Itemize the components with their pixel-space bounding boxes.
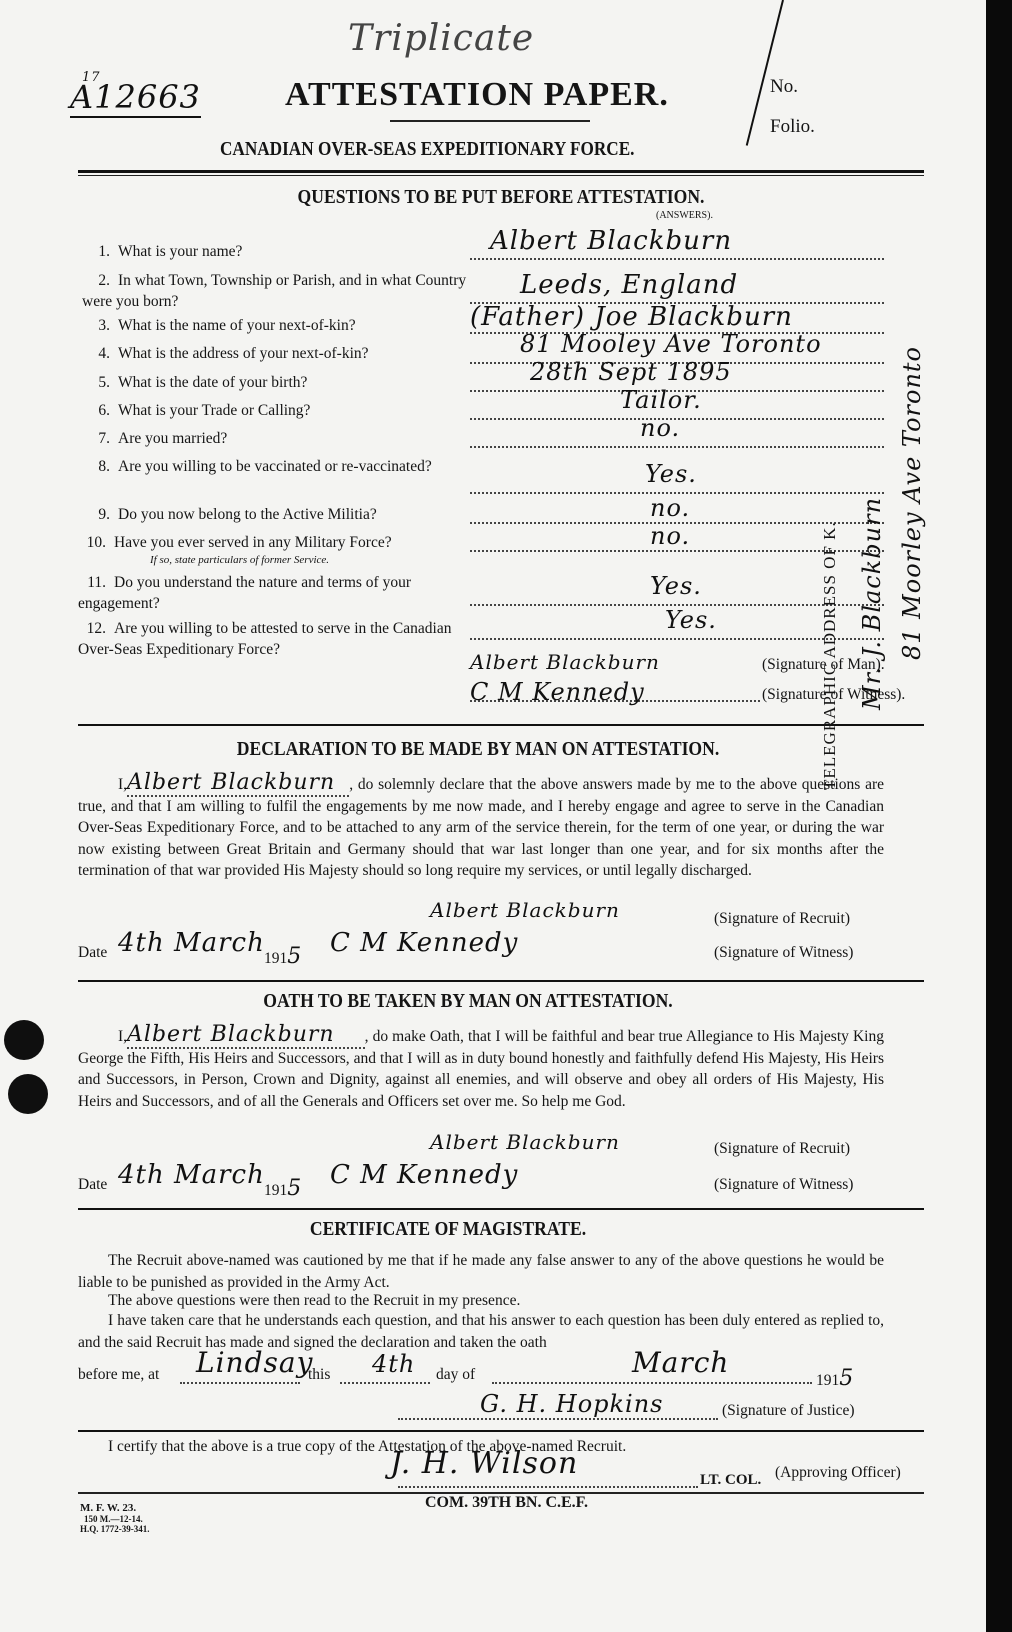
question-12: 12.Are you willing to be attested to ser… xyxy=(78,618,468,660)
question-6: 6.What is your Trade or Calling? xyxy=(82,400,462,421)
oath-witness-label: (Signature of Witness) xyxy=(714,1176,853,1194)
section-rule xyxy=(78,980,924,982)
question-3: 3.What is the name of your next-of-kin? xyxy=(82,315,462,336)
document-title: ATTESTATION PAPER. xyxy=(285,76,669,114)
question-10: 10.Have you ever served in any Military … xyxy=(78,532,468,553)
section-rule xyxy=(78,724,924,726)
officer-rank: LT. COL. xyxy=(700,1472,761,1489)
answer-1: Albert Blackburn xyxy=(490,226,732,256)
regimental-number: A12663 xyxy=(70,78,201,118)
question-4: 4.What is the address of your next-of-ki… xyxy=(82,343,462,364)
question-7: 7.Are you married? xyxy=(82,428,462,449)
magistrate-heading: CERTIFICATE OF MAGISTRATE. xyxy=(122,1218,773,1241)
question-5: 5.What is the date of your birth? xyxy=(82,372,462,393)
answer-line xyxy=(470,258,884,260)
answer-3: (Father) Joe Blackburn xyxy=(470,302,793,332)
oath-text: I,Albert Blackburn, do make Oath, that I… xyxy=(78,1024,884,1112)
answer-7: no. xyxy=(640,414,680,442)
triplicate-annotation: Triplicate xyxy=(348,18,534,59)
telegraphic-address-label: TELEGRAPHIC ADDRESS OF K. xyxy=(820,330,840,790)
magistrate-para-2: The above questions were then read to th… xyxy=(78,1290,884,1312)
officer-unit: COM. 39TH BN. C.E.F. xyxy=(425,1494,588,1512)
approving-officer-label: (Approving Officer) xyxy=(775,1464,901,1482)
declaration-text: I,Albert Blackburn, do solemnly declare … xyxy=(78,772,884,882)
officer-line xyxy=(398,1486,698,1488)
answer-4: 81 Mooley Ave Toronto xyxy=(520,330,822,358)
oath-date: Date xyxy=(78,1176,107,1194)
oath-name: Albert Blackburn xyxy=(127,1022,365,1049)
signature-man: Albert Blackburn xyxy=(470,650,660,674)
magistrate-place: Lindsay xyxy=(196,1346,313,1379)
this-label: this xyxy=(308,1366,330,1384)
scan-edge xyxy=(986,0,1012,1632)
telegraphic-address-street: 81 Moorley Ave Toronto xyxy=(898,330,926,660)
magistrate-month: March xyxy=(632,1346,729,1379)
answer-11: Yes. xyxy=(650,572,702,600)
signature-approving-officer: J. H. Wilson xyxy=(390,1446,578,1481)
day-line xyxy=(340,1382,430,1384)
oath-recruit-label: (Signature of Recruit) xyxy=(714,1140,850,1158)
hq-reference: H.Q. 1772-39-341. xyxy=(80,1524,150,1534)
no-label: No. xyxy=(770,76,798,98)
answer-12: Yes. xyxy=(665,606,717,634)
form-code: M. F. W. 23. xyxy=(80,1502,136,1514)
declaration-witness-label: (Signature of Witness) xyxy=(714,944,853,962)
oath-signature-recruit: Albert Blackburn xyxy=(430,1130,620,1154)
justice-line xyxy=(398,1418,718,1420)
punch-hole xyxy=(8,1074,48,1114)
declaration-recruit-label: (Signature of Recruit) xyxy=(714,910,850,928)
header-rule xyxy=(78,170,924,173)
declaration-heading: DECLARATION TO BE MADE BY MAN ON ATTESTA… xyxy=(126,738,830,761)
day-of-label: day of xyxy=(436,1366,475,1384)
magistrate-day: 4th xyxy=(372,1350,415,1378)
signature-justice: G. H. Hopkins xyxy=(480,1390,664,1418)
section-rule xyxy=(78,1208,924,1210)
magistrate-year: 1915 xyxy=(816,1366,854,1391)
declaration-year: 1915 xyxy=(264,944,302,969)
question-8: 8.Are you willing to be vaccinated or re… xyxy=(82,456,472,477)
answers-label: (ANSWERS). xyxy=(656,210,713,221)
signature-witness: C M Kennedy xyxy=(470,678,645,706)
answer-5: 28th Sept 1895 xyxy=(530,358,732,386)
question-1: 1.What is your name? xyxy=(82,241,462,262)
title-underline xyxy=(390,120,590,122)
oath-year: 1915 xyxy=(264,1176,302,1201)
folio-label: Folio. xyxy=(770,116,815,138)
declaration-date: Date xyxy=(78,944,107,962)
answer-8: Yes. xyxy=(645,460,697,488)
question-2: 2.In what Town, Township or Parish, and … xyxy=(82,270,472,312)
answer-9: no. xyxy=(650,494,690,522)
header-rule-thin xyxy=(78,175,924,176)
force-subtitle: CANADIAN OVER-SEAS EXPEDITIONARY FORCE. xyxy=(220,138,634,161)
oath-date-value: 4th March xyxy=(118,1160,265,1190)
section-rule xyxy=(78,1430,924,1432)
punch-hole xyxy=(4,1020,44,1060)
before-me-label: before me, at xyxy=(78,1366,159,1384)
magistrate-para-1: The Recruit above-named was cautioned by… xyxy=(78,1250,884,1293)
answer-10: no. xyxy=(650,522,690,550)
declaration-signature-witness: C M Kennedy xyxy=(330,928,518,958)
signature-justice-label: (Signature of Justice) xyxy=(722,1402,855,1420)
oath-heading: OATH TO BE TAKEN BY MAN ON ATTESTATION. xyxy=(125,990,811,1013)
declaration-date-value: 4th March xyxy=(118,928,265,958)
answer-6: Tailor. xyxy=(620,386,702,414)
print-run: 150 M.—12-14. xyxy=(84,1514,143,1524)
declaration-name: Albert Blackburn xyxy=(127,770,349,797)
declaration-signature-recruit: Albert Blackburn xyxy=(430,898,620,922)
place-line xyxy=(180,1382,300,1384)
answer-2: Leeds, England xyxy=(520,270,738,300)
oath-signature-witness: C M Kennedy xyxy=(330,1160,518,1190)
questions-heading: QUESTIONS TO BE PUT BEFORE ATTESTATION. xyxy=(129,186,873,209)
month-line xyxy=(492,1382,812,1384)
question-11: 11.Do you understand the nature and term… xyxy=(78,572,468,614)
question-10-note: If so, state particulars of former Servi… xyxy=(150,554,329,566)
question-9: 9.Do you now belong to the Active Militi… xyxy=(82,504,462,525)
telegraphic-address-name: Mr. J. Blackburn xyxy=(858,380,886,710)
